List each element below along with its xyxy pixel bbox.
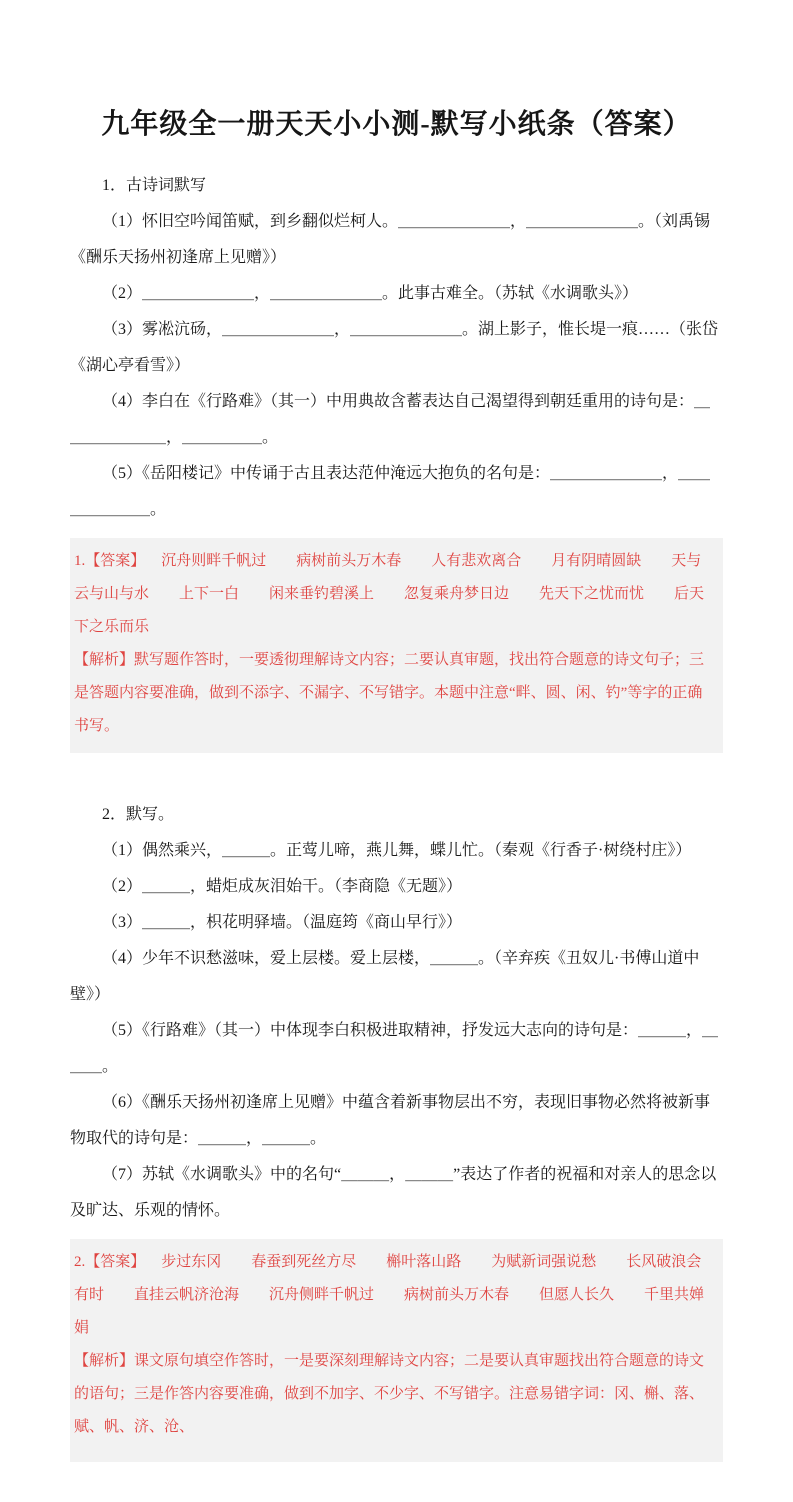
- section-1-question-1: （1）怀旧空吟闻笛赋，到乡翻似烂柯人。＿＿＿＿＿＿＿，＿＿＿＿＿＿＿。（刘禹锡《…: [70, 204, 723, 276]
- answer-label-1: 1.【答案】: [74, 553, 145, 569]
- analysis-text-2: 课文原句填空作答时，一是要深刻理解诗文内容；二是要认真审题找出符合题意的诗文的语…: [74, 1353, 704, 1435]
- analysis-line-2: 【解析】课文原句填空作答时，一是要深刻理解诗文内容；二是要认真审题找出符合题意的…: [74, 1345, 713, 1444]
- section-1-question-2: （2）＿＿＿＿＿＿＿，＿＿＿＿＿＿＿。此事古难全。（苏轼《水调歌头》）: [70, 276, 723, 312]
- analysis-label-2: 【解析】: [74, 1353, 134, 1369]
- section-2-question-6: （6）《酬乐天扬州初逢席上见赠》中蕴含着新事物层出不穷，表现旧事物必然将被新事物…: [70, 1085, 723, 1157]
- answer-block-1: 1.【答案】沉舟则畔千帆过 病树前头万木春 人有悲欢离合 月有阴晴圆缺 天与云与…: [70, 538, 723, 753]
- section-2-question-2: （2）＿＿＿，蜡炬成灰泪始干。（李商隐《无题》）: [70, 869, 723, 905]
- section-2-question-5: （5）《行路难》（其一）中体现李白积极进取精神，抒发远大志向的诗句是：＿＿＿，＿…: [70, 1013, 723, 1085]
- section-2: 2．默写。 （1）偶然乘兴，＿＿＿。正莺儿啼，燕儿舞，蝶儿忙。（秦观《行香子·树…: [70, 797, 723, 1462]
- section-1-question-5: （5）《岳阳楼记》中传诵于古且表达范仲淹远大抱负的名句是：＿＿＿＿＿＿＿，＿＿＿…: [70, 456, 723, 528]
- section-2-heading: 2．默写。: [70, 797, 723, 833]
- answer-items-1: 沉舟则畔千帆过 病树前头万木春 人有悲欢离合 月有阴晴圆缺 天与云与山与水 上下…: [74, 553, 704, 635]
- answer-block-2: 2.【答案】步过东冈 春蚕到死丝方尽 槲叶落山路 为赋新词强说愁 长风破浪会有时…: [70, 1239, 723, 1462]
- section-1: 1．古诗词默写 （1）怀旧空吟闻笛赋，到乡翻似烂柯人。＿＿＿＿＿＿＿，＿＿＿＿＿…: [70, 168, 723, 753]
- section-1-question-3: （3）雾凇沆砀，＿＿＿＿＿＿＿，＿＿＿＿＿＿＿。湖上影子，惟长堤一痕……（张岱《…: [70, 312, 723, 384]
- section-1-question-4: （4）李白在《行路难》（其一）中用典故含蓄表达自己渴望得到朝廷重用的诗句是：＿＿…: [70, 384, 723, 456]
- analysis-line-1: 【解析】默写题作答时，一要透彻理解诗文内容；二要认真审题，找出符合题意的诗文句子…: [74, 644, 713, 743]
- analysis-text-1: 默写题作答时，一要透彻理解诗文内容；二要认真审题，找出符合题意的诗文句子；三是答…: [74, 652, 704, 734]
- answer-items-2: 步过东冈 春蚕到死丝方尽 槲叶落山路 为赋新词强说愁 长风破浪会有时 直挂云帆济…: [74, 1254, 704, 1336]
- analysis-label-1: 【解析】: [74, 652, 134, 668]
- answer-line-2: 2.【答案】步过东冈 春蚕到死丝方尽 槲叶落山路 为赋新词强说愁 长风破浪会有时…: [74, 1246, 713, 1345]
- section-2-question-3: （3）＿＿＿，枳花明驿墙。（温庭筠《商山早行》）: [70, 905, 723, 941]
- section-2-question-7: （7）苏轼《水调歌头》中的名句“＿＿＿，＿＿＿”表达了作者的祝福和对亲人的思念以…: [70, 1157, 723, 1229]
- section-2-question-1: （1）偶然乘兴，＿＿＿。正莺儿啼，燕儿舞，蝶儿忙。（秦观《行香子·树绕村庄》）: [70, 833, 723, 869]
- answer-label-2: 2.【答案】: [74, 1254, 145, 1270]
- answer-line-1: 1.【答案】沉舟则畔千帆过 病树前头万木春 人有悲欢离合 月有阴晴圆缺 天与云与…: [74, 545, 713, 644]
- section-1-heading: 1．古诗词默写: [70, 168, 723, 204]
- document-page: 九年级全一册天天小小测-默写小纸条（答案） 1．古诗词默写 （1）怀旧空吟闻笛赋…: [0, 0, 793, 1502]
- page-title: 九年级全一册天天小小测-默写小纸条（答案）: [70, 106, 723, 144]
- section-2-question-4: （4）少年不识愁滋味，爱上层楼。爱上层楼，＿＿＿。（辛弃疾《丑奴儿·书傅山道中壁…: [70, 941, 723, 1013]
